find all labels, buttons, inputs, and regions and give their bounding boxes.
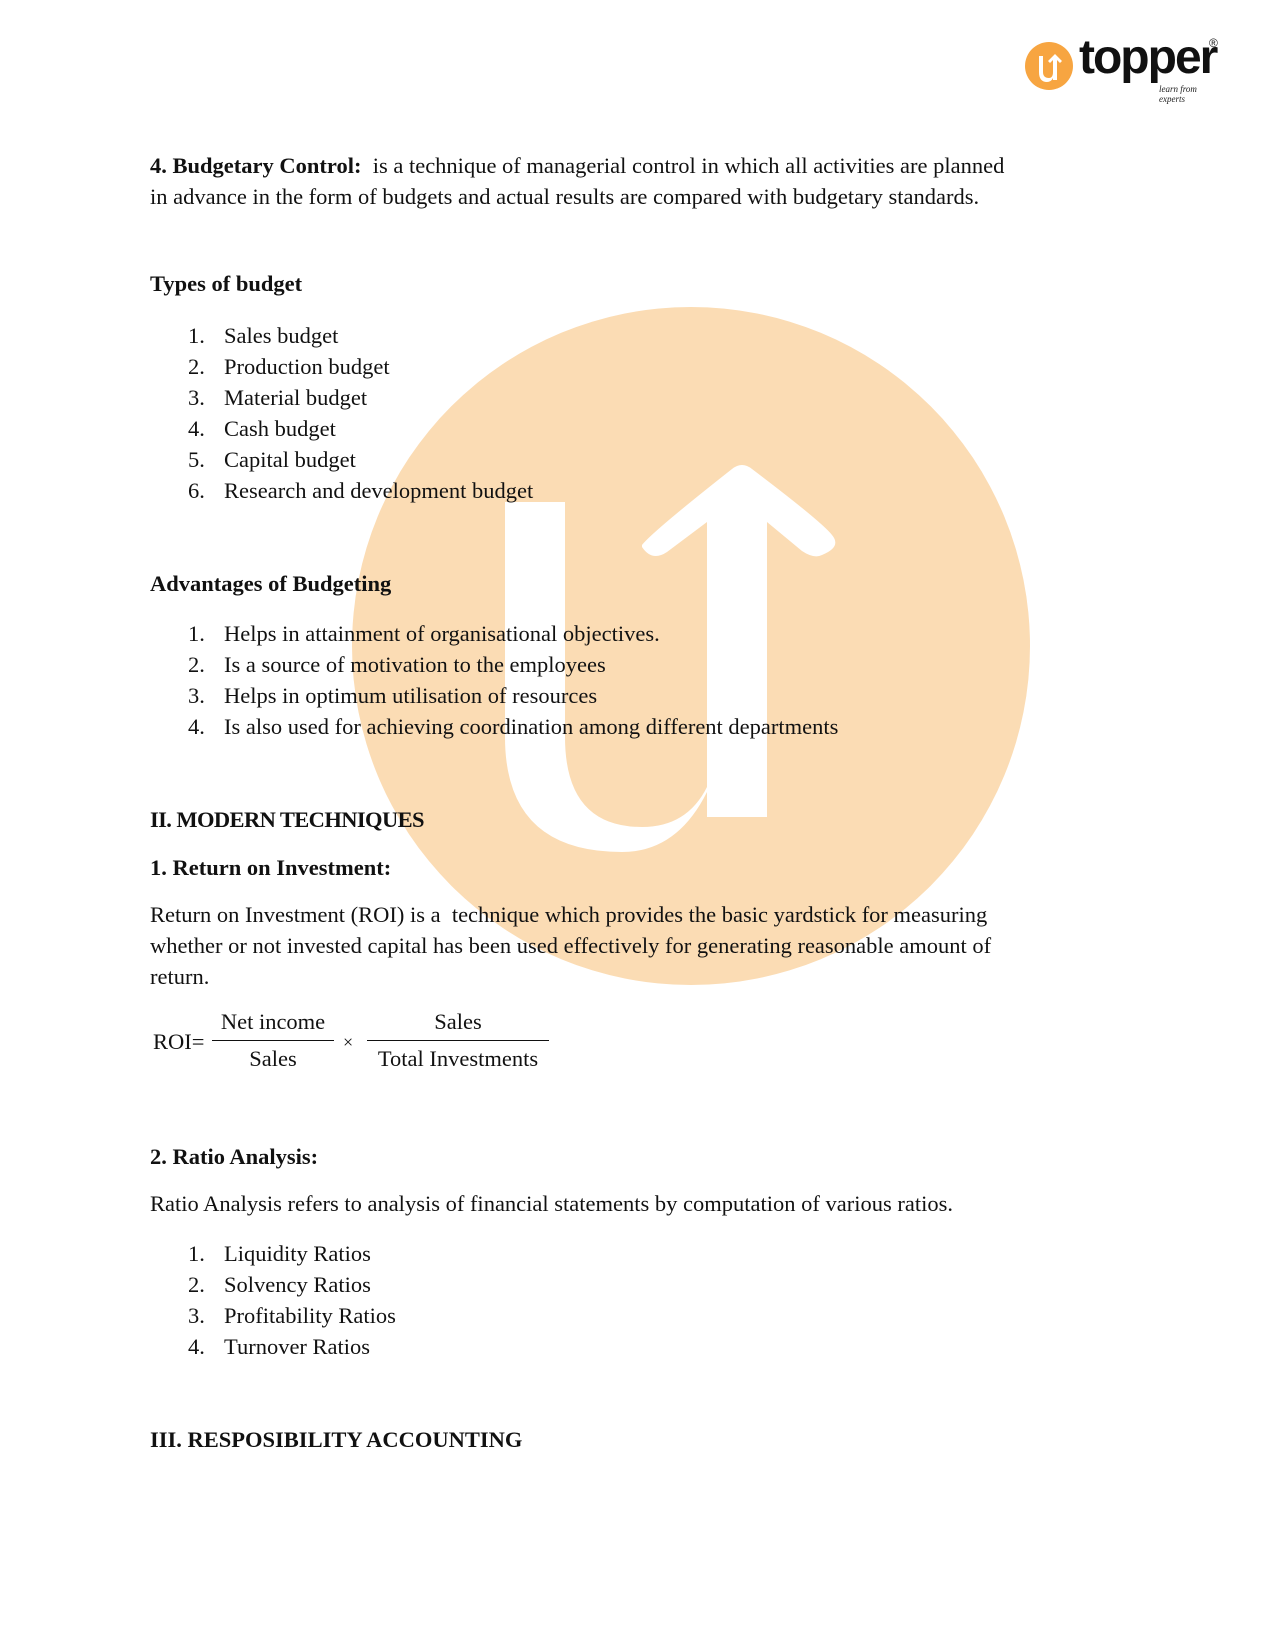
list-item: 4.Is also used for achieving coordinatio… — [188, 711, 838, 742]
roi-formula-lhs: ROI= — [153, 1026, 204, 1057]
responsibility-accounting-heading: III. RESPOSIBILITY ACCOUNTING — [150, 1424, 522, 1455]
brand-tagline: learn from experts — [1159, 84, 1225, 104]
roi-heading: 1. Return on Investment: — [150, 852, 391, 883]
brand-name: topper — [1079, 30, 1216, 85]
ratio-types-list: 1.Liquidity Ratios 2.Solvency Ratios 3.P… — [188, 1238, 396, 1362]
list-item: 2.Is a source of motivation to the emplo… — [188, 649, 838, 680]
budgetary-control-definition: is a technique of managerial control in … — [361, 153, 1004, 178]
multiply-operator: × — [343, 1027, 353, 1058]
modern-techniques-heading: II. MODERN TECHNIQUES — [150, 804, 424, 835]
types-of-budget-heading: Types of budget — [150, 268, 302, 299]
list-item: 5.Capital budget — [188, 444, 533, 475]
list-item: 6.Research and development budget — [188, 475, 533, 506]
ratio-analysis-paragraph: Ratio Analysis refers to analysis of fin… — [150, 1188, 953, 1219]
list-item: 3.Material budget — [188, 382, 533, 413]
list-item: 2.Solvency Ratios — [188, 1269, 396, 1300]
list-item: 3.Helps in optimum utilisation of resour… — [188, 680, 838, 711]
list-item: 4.Cash budget — [188, 413, 533, 444]
registered-mark: ® — [1209, 36, 1218, 50]
advantages-list: 1.Helps in attainment of organisational … — [188, 618, 838, 742]
list-item: 1.Liquidity Ratios — [188, 1238, 396, 1269]
roi-fraction-2: Sales Total Investments — [367, 1008, 549, 1074]
list-item: 3.Profitability Ratios — [188, 1300, 396, 1331]
list-item: 1.Helps in attainment of organisational … — [188, 618, 838, 649]
roi-paragraph-line-2: whether or not invested capital has been… — [150, 930, 991, 961]
types-of-budget-list: 1.Sales budget 2.Production budget 3.Mat… — [188, 320, 533, 506]
budgetary-control-line-1: 4. Budgetary Control: is a technique of … — [150, 150, 1004, 181]
fraction-numerator: Sales — [367, 1008, 549, 1041]
fraction-denominator: Sales — [212, 1041, 334, 1074]
list-item: 4.Turnover Ratios — [188, 1331, 396, 1362]
budgetary-control-label: 4. Budgetary Control: — [150, 153, 361, 178]
budgetary-control-line-2: in advance in the form of budgets and ac… — [150, 181, 979, 212]
u-arrow-icon — [1025, 42, 1073, 90]
roi-fraction-1: Net income Sales — [212, 1008, 334, 1074]
list-item: 1.Sales budget — [188, 320, 533, 351]
roi-paragraph-line-3: return. — [150, 961, 209, 992]
roi-paragraph-line-1: Return on Investment (ROI) is a techniqu… — [150, 899, 987, 930]
topper-logo: topper ® learn from experts — [1025, 38, 1225, 100]
advantages-heading: Advantages of Budgeting — [150, 568, 391, 599]
ratio-analysis-heading: 2. Ratio Analysis: — [150, 1141, 318, 1172]
fraction-denominator: Total Investments — [367, 1041, 549, 1074]
list-item: 2.Production budget — [188, 351, 533, 382]
fraction-numerator: Net income — [212, 1008, 334, 1041]
